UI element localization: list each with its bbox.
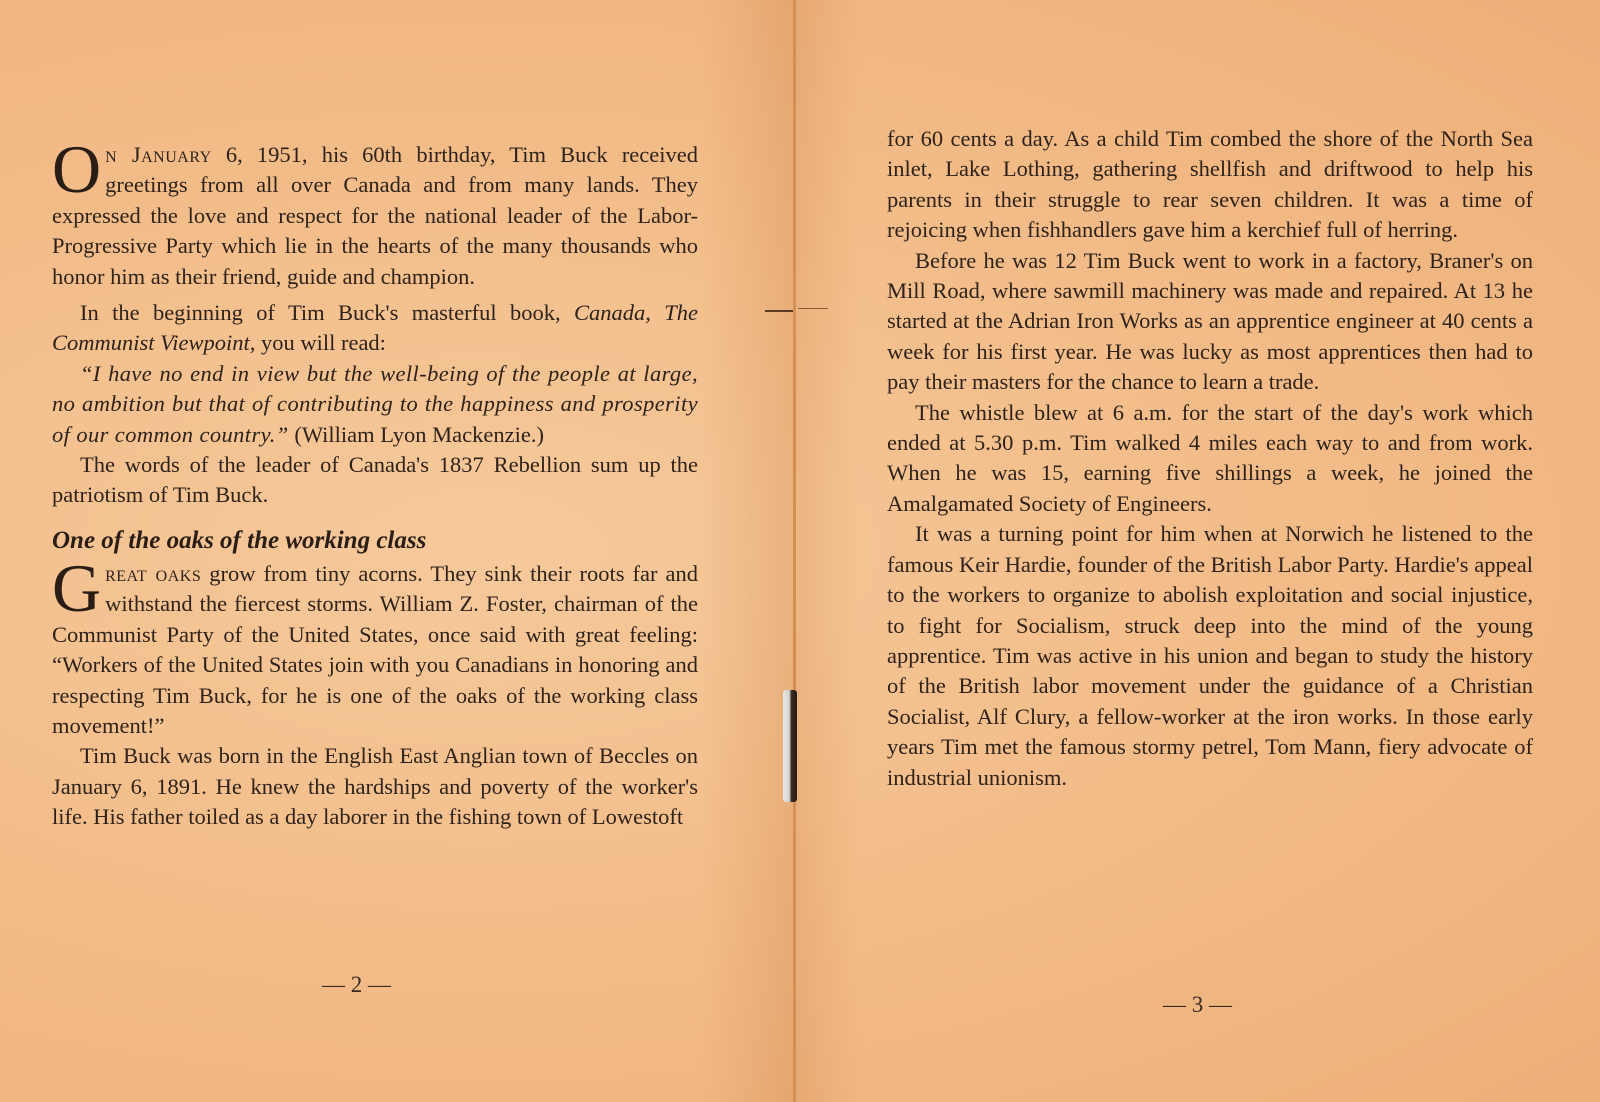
book-intro-paragraph: In the beginning of Tim Buck's masterful… — [52, 298, 698, 359]
paper-tear-mark — [798, 308, 828, 309]
spine-gutter — [793, 0, 796, 1102]
paper-tear-mark — [765, 310, 793, 312]
factory-paragraph: Before he was 12 Tim Buck went to work i… — [887, 246, 1533, 398]
paragraph-text: grow from tiny acorns. They sink their r… — [52, 561, 698, 738]
right-page: for 60 cents a day. As a child Tim combe… — [795, 0, 1600, 1102]
turning-point-paragraph: It was a turning point for him when at N… — [887, 519, 1533, 793]
childhood-paragraph: for 60 cents a day. As a child Tim combe… — [887, 124, 1533, 246]
booklet-spread: On January 6, 1951, his 60th birthday, T… — [0, 0, 1600, 1102]
drop-cap-g: G — [52, 561, 101, 615]
great-oaks-paragraph: Great oaks grow from tiny acorns. They s… — [52, 559, 698, 741]
paragraph-text: you will read: — [255, 330, 386, 355]
binding-staple — [783, 690, 797, 802]
patriotism-paragraph: The words of the leader of Canada's 1837… — [52, 450, 698, 511]
birth-paragraph: Tim Buck was born in the English East An… — [52, 741, 698, 832]
paragraph-text: In the beginning of Tim Buck's masterful… — [80, 300, 574, 325]
quote-attribution: (William Lyon Mackenzie.) — [289, 422, 544, 447]
page-number-right: — 3 — — [1163, 992, 1232, 1018]
page-number-left: — 2 — — [322, 972, 391, 998]
right-page-text: for 60 cents a day. As a child Tim combe… — [887, 124, 1533, 793]
opening-paragraph: On January 6, 1951, his 60th birthday, T… — [52, 140, 698, 292]
drop-cap-o: O — [52, 142, 101, 196]
whistle-paragraph: The whistle blew at 6 a.m. for the start… — [887, 398, 1533, 520]
left-page: On January 6, 1951, his 60th birthday, T… — [0, 0, 795, 1102]
mackenzie-quote: “I have no end in view but the well-bein… — [52, 359, 698, 450]
section-heading: One of the oaks of the working class — [52, 525, 698, 557]
small-caps-lead: n January — [105, 142, 212, 167]
small-caps-lead: reat oaks — [105, 561, 201, 586]
left-page-text: On January 6, 1951, his 60th birthday, T… — [52, 140, 698, 833]
